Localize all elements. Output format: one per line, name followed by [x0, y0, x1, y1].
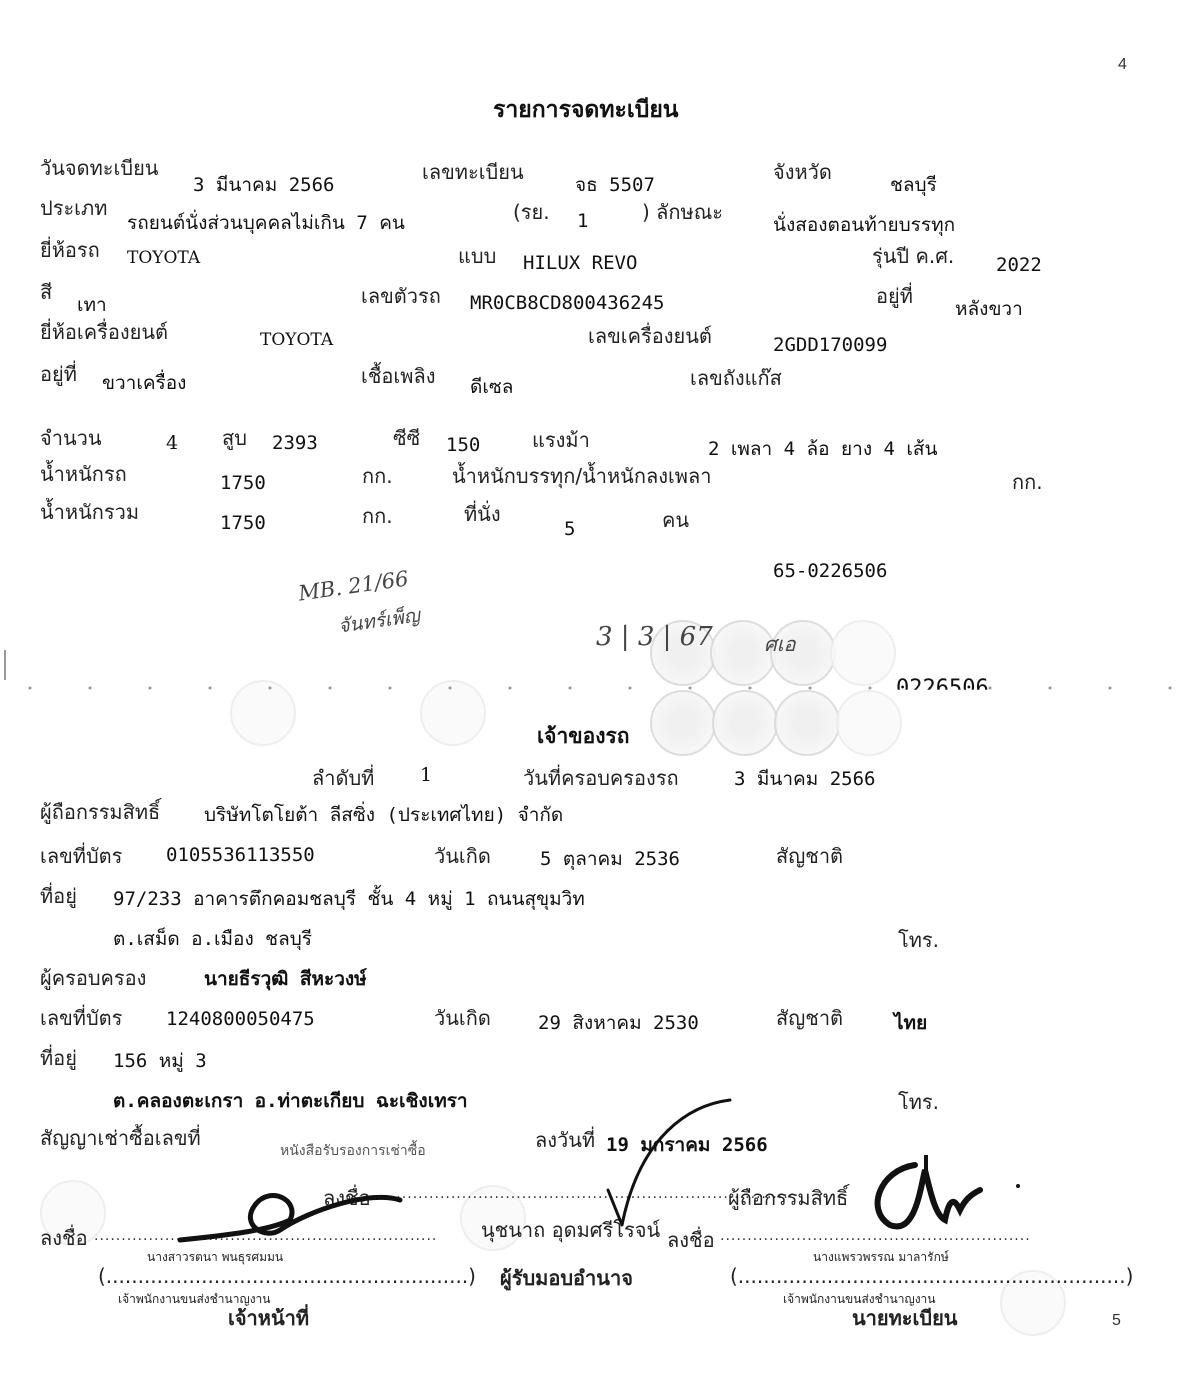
officer-sign-label: ลงชื่อ	[40, 1222, 88, 1254]
possessor-dob-value: 29 สิงหาคม 2530	[538, 1008, 699, 1038]
seal-watermark	[830, 620, 896, 686]
page-number-top: 4	[1118, 56, 1127, 74]
gas-tank-label: เลขถังแก๊ส	[690, 362, 782, 394]
seats-unit: คน	[662, 504, 689, 536]
seal-watermark	[712, 690, 778, 756]
order-value: 1	[420, 764, 432, 786]
holder-id-label: เลขที่บัตร	[40, 840, 122, 872]
hire-purchase-contract-label: สัญญาเช่าซื้อเลขที่	[40, 1122, 201, 1154]
fuel-value: ดีเซล	[470, 372, 513, 402]
reg-date-value: 3 มีนาคม 2566	[193, 170, 335, 200]
chassis-value: MR0CB8CD800436245	[470, 292, 664, 314]
seal-watermark	[774, 690, 840, 756]
weight-value: 1750	[220, 472, 266, 494]
possessor-dob-label: วันเกิด	[434, 1002, 491, 1034]
year-label: รุ่นปี ค.ศ.	[872, 240, 954, 272]
handwritten-note-mb: MB. 21/66	[297, 566, 410, 605]
hire-purchase-contract-value: หนังสือรับรองการเช่าซื้อ	[280, 1140, 426, 1162]
holder-role-label: ผู้ถือกรรมสิทธิ์	[728, 1182, 848, 1214]
officer-signature	[170, 1180, 410, 1260]
hp-value: 150	[446, 434, 480, 456]
engine-no-label: เลขเครื่องยนต์	[588, 320, 712, 352]
chassis-location-label: อยู่ที่	[876, 280, 913, 312]
chassis-location-value: หลังขวา	[955, 294, 1023, 324]
ry-close-body-label: ) ลักษณะ	[642, 196, 723, 228]
attorney-role: ผู้รับมอบอำนาจ	[500, 1262, 633, 1294]
possessor-phone-label: โทร.	[898, 1086, 939, 1118]
holder-name: บริษัทโตโยต้า ลีสซิ่ง (ประเทศไทย) จำกัด	[204, 800, 563, 830]
seal-watermark	[650, 690, 716, 756]
engine-no-value: 2GDD170099	[773, 334, 887, 356]
holder-phone-label: โทร.	[898, 924, 939, 956]
possessor-nationality-label: สัญชาติ	[776, 1002, 843, 1034]
weight-unit: กก.	[362, 460, 393, 492]
officer-role: เจ้าหน้าที่	[228, 1302, 309, 1334]
order-label: ลำดับที่	[312, 762, 374, 794]
count-label: จำนวน	[40, 422, 102, 454]
possession-date-value: 3 มีนาคม 2566	[734, 764, 876, 794]
ry-value: 1	[577, 210, 588, 232]
model-value: HILUX REVO	[523, 252, 637, 274]
brand-value: TOYOTA	[127, 248, 200, 268]
brand-label: ยี่ห้อรถ	[40, 234, 100, 266]
cc-value: 2393	[272, 432, 318, 454]
cylinders-value: 4	[166, 432, 178, 454]
cylinders-label: สูบ	[222, 422, 247, 454]
weight-label: น้ำหนักรถ	[40, 458, 127, 490]
possession-date-label: วันที่ครอบครองรถ	[523, 762, 679, 794]
registrar-role: นายทะเบียน	[852, 1302, 957, 1334]
type-label: ประเภท	[40, 192, 107, 224]
possessor-id-value: 1240800050475	[166, 1008, 315, 1030]
holder-dob-value: 5 ตุลาคม 2536	[540, 844, 680, 874]
attorney-signature	[600, 1095, 740, 1235]
axles-wheels-value: 2 เพลา 4 ล้อ ยาง 4 เส้น	[708, 434, 938, 464]
possessor-nationality-value: ไทย	[894, 1008, 927, 1038]
left-edge-mark	[4, 650, 6, 680]
load-unit: กก.	[1012, 466, 1043, 498]
type-value: รถยนต์นั่งส่วนบุคคลไม่เกิน 7 คน	[127, 208, 405, 238]
registration-title: รายการจดทะเบียน	[493, 92, 679, 128]
gross-weight-unit: กก.	[362, 500, 393, 532]
contract-date-label: ลงวันที่	[535, 1124, 595, 1156]
page-number-bottom: 5	[1112, 1312, 1121, 1330]
seats-value: 5	[564, 518, 575, 540]
possessor-label: ผู้ครอบครอง	[40, 962, 146, 994]
registrar-bracket-line: (.......................................…	[730, 1264, 1133, 1288]
possessor-name: นายธีรวุฒิ สีหะวงษ์	[204, 964, 367, 994]
holder-label: ผู้ถือกรรมสิทธิ์	[40, 796, 160, 828]
handwritten-initials: ศเอ	[764, 628, 796, 660]
gross-weight-value: 1750	[220, 512, 266, 534]
holder-address-label: ที่อยู่	[40, 880, 77, 912]
plate-label: เลขทะเบียน	[422, 156, 524, 188]
holder-address-line2: ต.เสม็ด อ.เมือง ชลบุรี	[113, 924, 312, 954]
engine-location-value: ขวาเครื่อง	[102, 368, 186, 398]
cut-off-document-number: 0226506	[896, 676, 989, 701]
engine-location-label: อยู่ที่	[40, 358, 77, 390]
engine-brand-label: ยี่ห้อเครื่องยนต์	[40, 316, 168, 348]
registrar-signature	[860, 1150, 1030, 1240]
fuel-label: เชื้อเพลิง	[361, 360, 435, 392]
ry-open: (รย.	[513, 196, 550, 228]
holder-id-value: 0105536113550	[166, 844, 315, 866]
cc-label: ซีซี	[393, 422, 420, 454]
seats-label: ที่นั่ง	[464, 498, 501, 530]
possessor-id-label: เลขที่บัตร	[40, 1002, 122, 1034]
owner-section-title: เจ้าของรถ	[537, 720, 630, 753]
province-value: ชลบุรี	[890, 170, 937, 200]
color-label: สี	[40, 276, 52, 308]
model-label: แบบ	[458, 240, 496, 272]
handwritten-date: 3 | 3 | 67	[596, 622, 713, 652]
seal-watermark	[836, 690, 902, 756]
body-style-value: นั่งสองตอนท้ายบรรทุก	[773, 210, 955, 240]
possessor-address-line2: ต.คลองตะเกรา อ.ท่าตะเกียบ ฉะเชิงเทรา	[113, 1086, 468, 1116]
officer-bracket-line: (.......................................…	[98, 1264, 476, 1288]
possessor-address-line1: 156 หมู่ 3	[113, 1046, 207, 1076]
document-number: 65-0226506	[773, 560, 887, 582]
holder-address-line1: 97/233 อาคารตึกคอมชลบุรี ชั้น 4 หมู่ 1 ถ…	[113, 884, 585, 914]
gross-weight-label: น้ำหนักรวม	[40, 496, 139, 528]
handwritten-signature-name: จันทร์เพ็ญ	[336, 600, 421, 641]
reg-date-label: วันจดทะเบียน	[40, 152, 158, 184]
engine-brand-value: TOYOTA	[260, 330, 333, 350]
chassis-label: เลขตัวรถ	[361, 280, 441, 312]
province-label: จังหวัด	[773, 156, 832, 188]
hp-label: แรงม้า	[532, 424, 590, 456]
load-label: น้ำหนักบรรทุก/น้ำหนักลงเพลา	[452, 460, 711, 492]
year-value: 2022	[996, 254, 1042, 276]
possessor-address-label: ที่อยู่	[40, 1042, 77, 1074]
holder-nationality-label: สัญชาติ	[776, 840, 843, 872]
section-divider	[0, 686, 1182, 690]
holder-dob-label: วันเกิด	[434, 840, 491, 872]
